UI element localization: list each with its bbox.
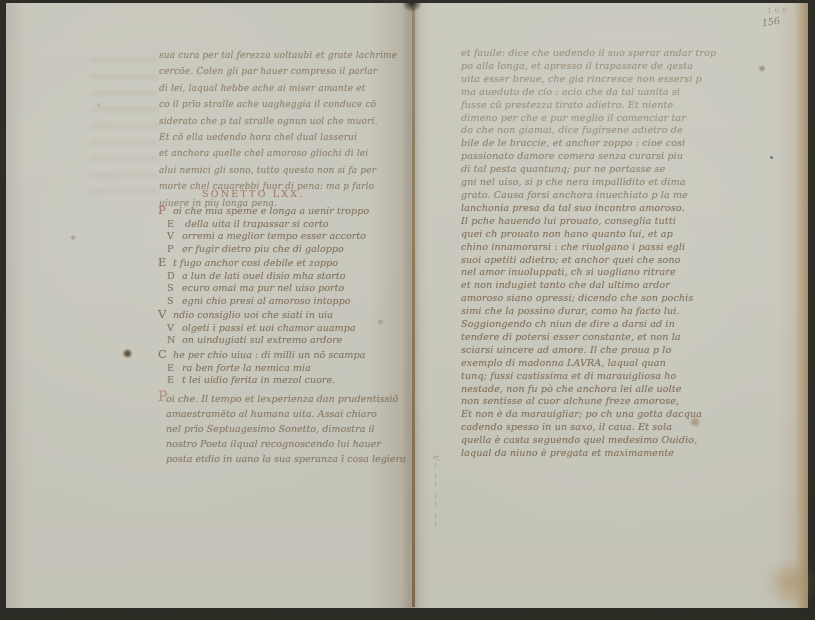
- sonnet-line: Che per chio uiua : di milli un nō scamp…: [158, 348, 369, 363]
- sonnet-line: Da lun de lati ouel disio mha storto: [158, 271, 369, 284]
- commentary-line: simi che la possino durar, como ha facto…: [461, 306, 755, 319]
- sonnet-line: Et lei uidio ferita in mezol cuore.: [158, 375, 369, 388]
- commentary-line: Soggiongendo ch niun de dire a darsi ad …: [461, 319, 755, 332]
- sonnet-line-text: ra ben forte la nemica mia: [182, 363, 311, 374]
- paragraph-line: di lei, laqual hebbe ache ai miser amant…: [159, 81, 409, 97]
- commentary-line: et fauile: dice che uedendo il suo spera…: [461, 48, 755, 61]
- sonnet-line-initial: C: [158, 348, 173, 361]
- commentary-line: grato. Causa forsi anchora inuechiato p …: [461, 190, 755, 203]
- vertical-inscription: V~ ~~ ~~ ~~: [429, 455, 440, 567]
- sonnet-line-text: a lun de lati ouel disio mha storto: [182, 271, 345, 282]
- gutter-shadow: [395, 3, 427, 608]
- commentary-line: Et non è da marauigliar; po ch una gotta…: [461, 409, 755, 422]
- commentary-line: amaestramēto al humana uita. Assai chiar…: [158, 407, 423, 422]
- stain: [70, 235, 76, 240]
- sonnet-line-text: on uindugiati sul extremo ardore: [182, 335, 343, 346]
- commentary-line: po alla longa, et apresso il trapassare …: [461, 61, 755, 74]
- commentary-line: uita esser breue, che gia rincresce non …: [461, 74, 755, 87]
- sonnet-line: Volgeti i passi et uoi chamor auampa: [158, 323, 369, 336]
- sonnet-line: Segni chio presi al amoroso intoppo: [158, 296, 369, 309]
- commentary-line: posta etdio in uano la sua speranza ī co…: [158, 452, 423, 467]
- commentary: P oi che. Il tempo et lexperienza dan pr…: [158, 392, 423, 467]
- sonnet-line-initial: V: [158, 323, 182, 336]
- paragraph-line: sua cura per tal ferezza uoltaubi et gra…: [159, 48, 409, 64]
- paragraph-line: Et cō ella uedendo hora chel dual lasser…: [159, 130, 409, 146]
- sonnet-line: Poi che mia speme e longa a uenir troppo: [158, 204, 369, 219]
- sonnet-line-text: olgeti i passi et uoi chamor auampa: [182, 323, 356, 334]
- sonnet-line: Era ben forte la nemica mia: [158, 363, 369, 376]
- commentary-line: tunq; fussi castissima et di marauiglios…: [461, 371, 755, 384]
- sonnet-line-text: he per chio uiua : di milli un nō scampa: [173, 350, 365, 361]
- stain: [763, 561, 815, 605]
- commentary-line: amoroso siano opressi; dicendo che son p…: [461, 293, 755, 306]
- intro-paragraph: sua cura per tal ferezza uoltaubi et gra…: [159, 48, 409, 212]
- sonnet-line-initial: V: [158, 308, 173, 321]
- paragraph-line: siderato che p tal stralle ognun uol che…: [159, 114, 409, 130]
- stain: [96, 103, 101, 107]
- sonnet-line-initial: S: [158, 283, 182, 296]
- commentary-line: fusse cū prestezza tirato adietro. Et ni…: [461, 100, 755, 113]
- commentary-line: di tal pesta quantunq; pur ne portasse s…: [461, 164, 755, 177]
- left-page: sua cura per tal ferezza uoltaubi et gra…: [6, 3, 409, 608]
- commentary-line: sciarsi uincere ad amore. Il che proua p…: [461, 345, 755, 358]
- right-page-text: et fauile: dice che uedendo il suo spera…: [461, 48, 755, 461]
- manuscript-photo: { "photo": { "folio": { "old_mark": "· 1…: [0, 0, 815, 620]
- commentary-line: tendere di potersi esser constante, et n…: [461, 332, 755, 345]
- commentary-line: et non indugiet tanto che dal ultimo ard…: [461, 280, 755, 293]
- sonnet-line-initial: E: [158, 219, 182, 232]
- bleed-through-ghost-text: [90, 58, 158, 198]
- gutter-fold-line: [412, 7, 415, 607]
- commentary-line: bile de le braccie, et anchor zoppo : ci…: [461, 138, 755, 151]
- commentary-line: ma aueduto de cio : acio che da tal uani…: [461, 87, 755, 100]
- sonnet-line-text: er fugir dietro piu che di galoppo: [182, 244, 344, 255]
- commentary-line: lanchonia presa da tal suo incontro amor…: [461, 203, 755, 216]
- paragraph-line: et anchora quelle chel amoroso gliochi d…: [159, 146, 409, 162]
- commentary-line: suoi apetiti adietro; et anchor quei che…: [461, 255, 755, 268]
- sonnet-line: E della uita il trapassar si corto: [158, 219, 369, 232]
- commentary-line: non sentisse al cuor alchune freze amoro…: [461, 396, 755, 409]
- stain: [689, 417, 701, 427]
- sonnet-line: Per fugir dietro piu che di galoppo: [158, 244, 369, 257]
- commentary-line: nel prīo Septuagesimo Sonetto, dimostra …: [158, 422, 423, 437]
- sonnet-line-initial: V: [158, 231, 182, 244]
- commentary-line: Il pche hauendo lui prouato, conseglia t…: [461, 216, 755, 229]
- sonnet-line-initial: E: [158, 256, 173, 269]
- commentary-line: chino innamorarsi : che riuolgano i pass…: [461, 242, 755, 255]
- stain: [377, 319, 384, 325]
- sonnet-line-text: ndio consiglio uoi che siati in uia: [173, 310, 333, 321]
- commentary-line: gni nel uiso, si p che nera impallidito …: [461, 177, 755, 190]
- commentary-line: quella è casta seguendo quel medesimo Ou…: [461, 435, 755, 448]
- commentary-line: nostro Poeta ilqual recognoscendo lui ha…: [158, 437, 423, 452]
- sonnet-line-initial: D: [158, 271, 182, 284]
- commentary-line: cadendo spesso in un saxo, il caua. Et s…: [461, 422, 755, 435]
- sonnet-line: Et fugo anchor cosi debile et zoppo: [158, 256, 369, 271]
- binding-notch: [402, 3, 422, 12]
- right-page: et fauile: dice che uedendo il suo spera…: [409, 3, 808, 608]
- commentary-line: nestade, non fu pò che anchora lei alle …: [461, 384, 755, 397]
- commentary-line: quei ch prouato non hano quanto lui, et …: [461, 229, 755, 242]
- page-spread: sua cura per tal ferezza uoltaubi et gra…: [6, 3, 808, 608]
- stain: [122, 349, 133, 358]
- sonnet-line: Non uindugiati sul extremo ardore: [158, 335, 369, 348]
- sonnet-heading: SONETTO LXX.: [202, 189, 304, 200]
- commentary-line: laqual da niuno è pregata et maximamente: [461, 448, 755, 461]
- sonnet-line-text: della uita il trapassar si corto: [182, 219, 328, 230]
- stain: [770, 156, 773, 159]
- sonnet: Poi che mia speme e longa a uenir troppo…: [158, 204, 369, 388]
- commentary-line: nel amor inuoluppati, ch si uogliano rit…: [461, 267, 755, 280]
- sonnet-line-initial: P: [158, 204, 173, 217]
- sonnet-line-text: ecuro omai ma pur nel uiso porto: [182, 283, 344, 294]
- paragraph-line: alui nemici gli sono, tutto questo non s…: [159, 163, 409, 179]
- sonnet-line: Securo omai ma pur nel uiso porto: [158, 283, 369, 296]
- commentary-line: exemplo di madonna LAVRA, laqual quan: [461, 358, 755, 371]
- sonnet-line-text: t lei uidio ferita in mezol cuore.: [182, 375, 335, 386]
- sonnet-line: Vorremi a meglior tempo esser accorto: [158, 231, 369, 244]
- sonnet-line-initial: E: [158, 375, 182, 388]
- sonnet-line-text: orremi a meglior tempo esser accorto: [182, 231, 366, 242]
- sonnet-line-initial: E: [158, 363, 182, 376]
- paragraph-line: co il prīo stralle ache uagheggia il con…: [159, 97, 409, 113]
- commentary-initial: P: [158, 390, 167, 405]
- sonnet-line-text: t fugo anchor cosi debile et zoppo: [173, 258, 338, 269]
- commentary-line: dimeno per che e pur meglio il comenciar…: [461, 113, 755, 126]
- sonnet-line-text: oi che mia speme e longa a uenir troppo: [173, 206, 369, 217]
- stain: [758, 65, 766, 72]
- sonnet-line: Vndio consiglio uoi che siati in uia: [158, 308, 369, 323]
- sonnet-line-text: egni chio presi al amoroso intoppo: [182, 296, 351, 307]
- fore-edge: [794, 3, 808, 608]
- commentary-line: oi che. Il tempo et lexperienza dan prud…: [158, 392, 423, 407]
- folio-number-old: · 160 ·: [757, 7, 800, 15]
- commentary-line: do che non giamai, dice fugirsene adietr…: [461, 125, 755, 138]
- paragraph-line: cercōe. Colen gli par hauer compreso il …: [159, 64, 409, 80]
- commentary-line: passionato damore comera senza curarsi p…: [461, 151, 755, 164]
